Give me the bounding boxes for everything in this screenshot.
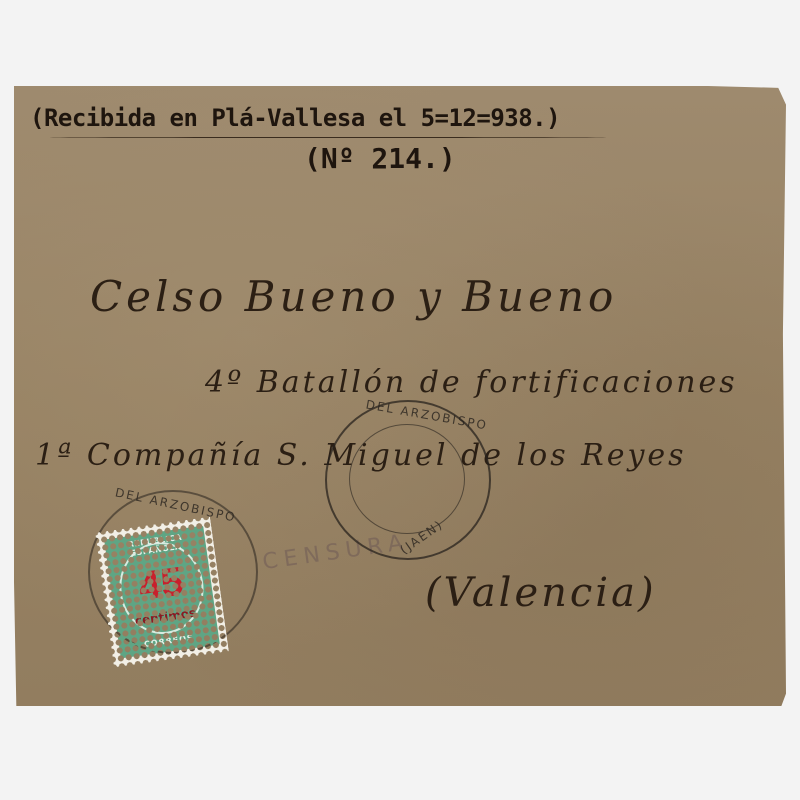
address-unit: 4º Batallón de fortificaciones bbox=[205, 365, 738, 400]
registry-number: (Nº 214.) bbox=[304, 142, 456, 175]
addressee-name: Celso Bueno y Bueno bbox=[90, 272, 617, 321]
received-note: (Recibida en Plá-Vallesa el 5=12=938.) bbox=[30, 104, 560, 132]
address-city: (Valencia) bbox=[425, 570, 657, 616]
postmark-main: DEL ARZOBISPO (JAEN) bbox=[325, 400, 491, 560]
received-note-underline bbox=[48, 137, 608, 138]
postage-stamp: REPUBLICA ESPAÑOLA 45 céntimos CORREOS bbox=[95, 517, 229, 668]
postmark-inner-ring bbox=[349, 424, 465, 534]
stamp-face: REPUBLICA ESPAÑOLA 45 céntimos CORREOS bbox=[104, 526, 220, 659]
